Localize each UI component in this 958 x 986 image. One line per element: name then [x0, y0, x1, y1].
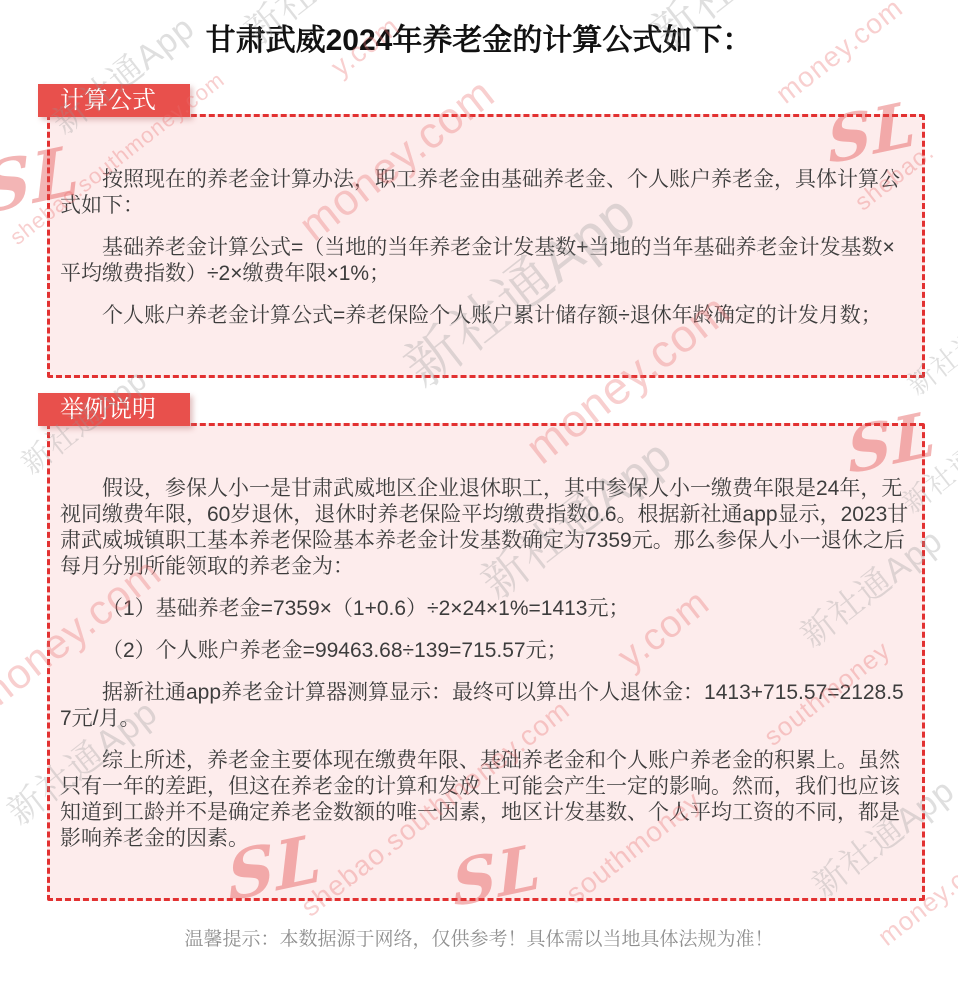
- section-example-box: 假设，参保人小一是甘肃武威地区企业退休职工，其中参保人小一缴费年限是24年，无视…: [47, 423, 925, 901]
- section-example-tab: 举例说明: [38, 393, 190, 426]
- example-assumption-paragraph: 假设，参保人小一是甘肃武威地区企业退休职工，其中参保人小一缴费年限是24年，无视…: [60, 476, 912, 580]
- personal-account-formula-paragraph: 个人账户养老金计算公式=养老保险个人账户累计储存额÷退休年龄确定的计发月数；: [60, 303, 912, 329]
- section-formula-tab: 计算公式: [38, 84, 190, 117]
- page-title: 甘肃武威2024年养老金的计算公式如下：: [30, 20, 928, 62]
- section-example: 举例说明 假设，参保人小一是甘肃武威地区企业退休职工，其中参保人小一缴费年限是2…: [0, 378, 958, 901]
- example-summary-paragraph: 综上所述，养老金主要体现在缴费年限、基础养老金和个人账户养老金的积累上。虽然只有…: [60, 748, 912, 852]
- example-total-paragraph: 据新社通app养老金计算器测算显示：最终可以算出个人退休金：1413+715.5…: [60, 680, 912, 732]
- section-formula-box: 按照现在的养老金计算办法，职工养老金由基础养老金、个人账户养老金，具体计算公式如…: [47, 114, 925, 378]
- basic-pension-formula-paragraph: 基础养老金计算公式=（当地的当年养老金计发基数+当地的当年基础养老金计发基数×平…: [60, 235, 912, 287]
- example-personal-account-paragraph: （2）个人账户养老金=99463.68÷139=715.57元；: [60, 638, 912, 664]
- section-formula: 计算公式 按照现在的养老金计算办法，职工养老金由基础养老金、个人账户养老金，具体…: [0, 62, 958, 378]
- example-basic-pension-paragraph: （1）基础养老金=7359×（1+0.6）÷2×24×1%=1413元；: [60, 596, 912, 622]
- footer-tip: 温馨提示：本数据源于网络，仅供参考！具体需以当地具体法规为准！: [0, 927, 958, 953]
- formula-intro-paragraph: 按照现在的养老金计算办法，职工养老金由基础养老金、个人账户养老金，具体计算公式如…: [60, 167, 912, 219]
- pension-infographic-page: 新社通App y.com 新社通App money.com SL 新社通App …: [0, 0, 958, 986]
